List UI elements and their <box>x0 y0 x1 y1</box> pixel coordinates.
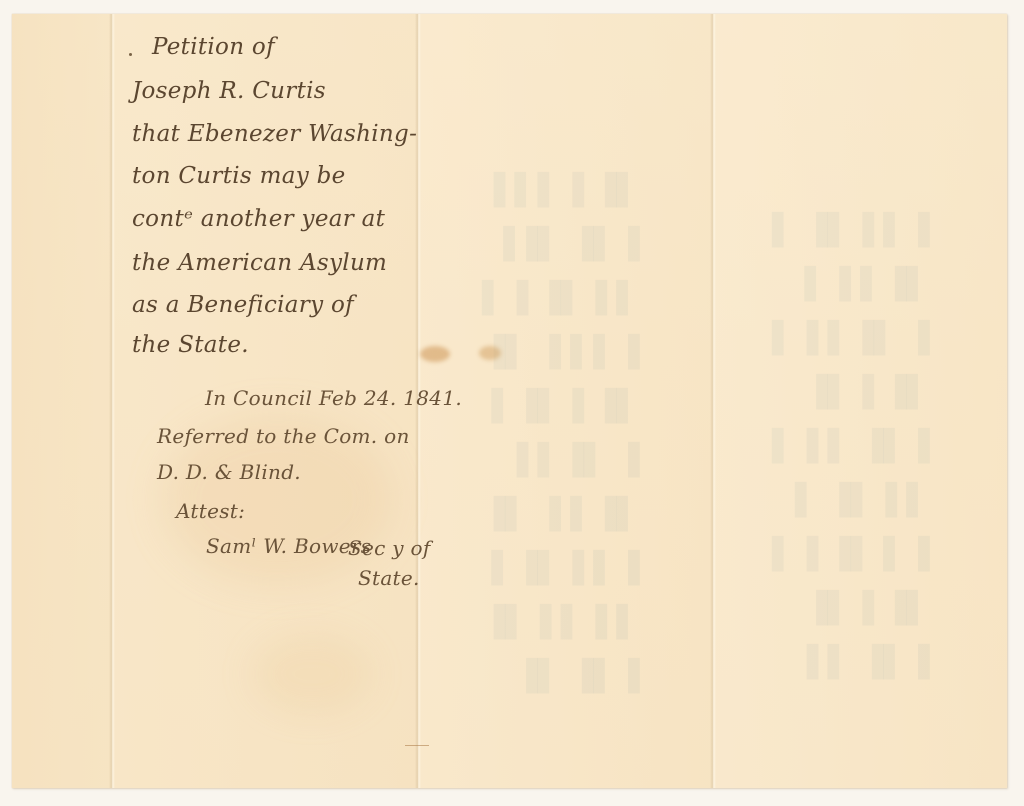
foxing-stain <box>479 346 501 360</box>
endorsement-line: the American Asylum <box>132 250 387 276</box>
docket-referral-line: Referred to the Com. on <box>157 424 410 448</box>
docket-committee-line: D. D. & Blind. <box>157 460 301 484</box>
age-discoloration <box>252 634 372 714</box>
secretary-title: Sec y of <box>348 536 431 560</box>
secretary-signature: Samˡ W. Bowers <box>206 534 371 558</box>
docket-attest-line: Attest: <box>176 499 245 523</box>
endorsement-line: Petition of <box>152 34 275 60</box>
fold-panel-left-margin <box>12 14 112 788</box>
secretary-title-state: State. <box>358 566 420 590</box>
bleed-through-text-middle: ▐▌ ▌▐▐ ▌ ▌▐▌ ▐▌▌ ▐ ▌▐▌ ▌▐ ▌▐▐ ▌ ▐▌ ▐▌ ▌▐… <box>482 164 640 704</box>
endorsement-line: as a Beneficiary of <box>132 292 354 318</box>
endorsement-line: the State. <box>132 332 249 358</box>
endorsement-line: Joseph R. Curtis <box>132 78 326 104</box>
endorsement-line: contᵉ another year at <box>132 206 385 232</box>
bleed-through-text-right: ▌▐ ▌▐▌ ▐ ▐▌▐ ▌▐ ▌ ▐▌▐ ▌▐ ▐▌ ▌▐▌ ▌▐▌ ▐ ▌▐… <box>772 204 930 690</box>
fold-crease <box>710 14 716 788</box>
fold-crease <box>109 14 115 788</box>
endorsement-line: ton Curtis may be <box>132 163 346 189</box>
ink-dot <box>129 53 132 56</box>
docket-date-line: In Council Feb 24. 1841. <box>205 386 462 410</box>
endorsement-line: that Ebenezer Washing- <box>132 121 417 147</box>
manuscript-sheet: ▐▌ ▌▐▐ ▌ ▌▐▌ ▐▌▌ ▐ ▌▐▌ ▌▐ ▌▐▐ ▌ ▐▌ ▐▌ ▌▐… <box>12 14 1007 788</box>
foxing-stain <box>420 346 450 362</box>
pencil-mark <box>405 745 429 746</box>
